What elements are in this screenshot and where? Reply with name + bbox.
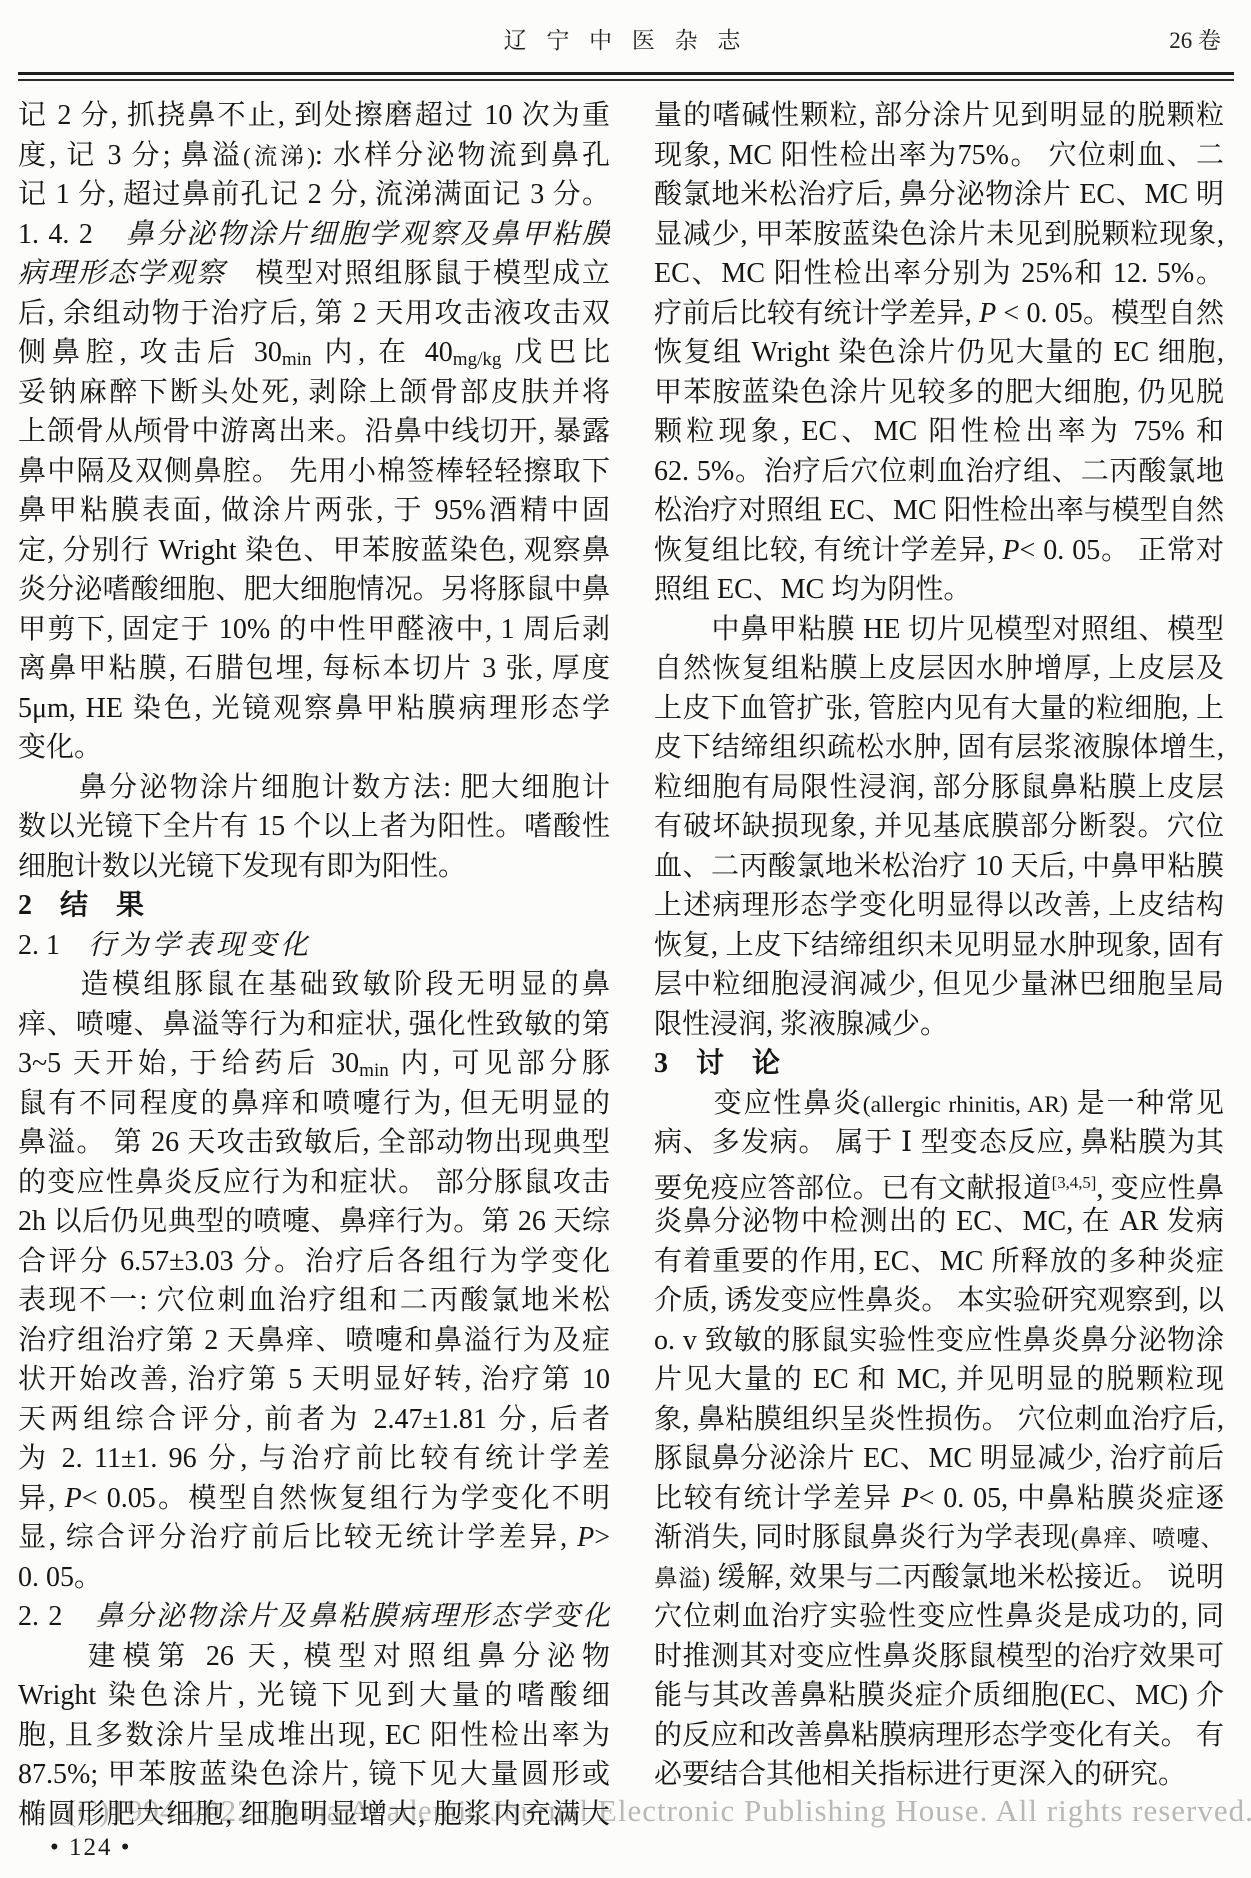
text-segment: 离鼻甲粘膜, 石腊包埋, 每标本切片 3 张, 厚度 xyxy=(18,653,610,684)
text-line: 上皮下血管扩张, 管腔内见有大量的粒细胞, 上 xyxy=(654,689,1224,729)
text-line: 颗粒现象, EC、MC 阳性检出率为 75% 和 xyxy=(654,412,1224,452)
text-segment: 甲苯胺蓝染色涂片见较多的肥大细胞, 仍见脱 xyxy=(654,377,1224,408)
text-line: 鼻分泌物涂片细胞计数方法: 肥大细胞计 xyxy=(18,768,610,808)
column-right: 量的嗜碱性颗粒, 部分涂片见到明显的脱颗粒现象, MC 阳性检出率为75%。 穴… xyxy=(654,96,1224,1795)
text-line: 变应性鼻炎(allergic rhinitis, AR) 是一种常见 xyxy=(654,1084,1224,1124)
text-segment: 恢复, 上皮下结缔组织未见明显水肿现象, 固有 xyxy=(654,930,1224,961)
text-line: 介质, 诱发变应性鼻炎。 本实验研究观察到, 以 xyxy=(654,1281,1224,1321)
text-segment: 疗前后比较有统计学差异, xyxy=(654,298,979,329)
text-line: 限性浸润, 浆液腺减少。 xyxy=(654,1005,1224,1045)
text-line: 酸氯地米松治疗后, 鼻分泌物涂片 EC、MC 明 xyxy=(654,175,1224,215)
text-line: 粒细胞有局限性浸润, 部分豚鼠鼻粘膜上皮层 xyxy=(654,768,1224,808)
text-line: 恢复组比较, 有统计学差异, P< 0. 05。 正常对 xyxy=(654,531,1224,571)
text-segment: 限性浸润, 浆液腺减少。 xyxy=(654,1009,948,1040)
text-segment: 甲剪下, 固定于 10% 的中性甲醛液中, 1 周后剥 xyxy=(18,614,610,645)
text-line: 甲苯胺蓝染色涂片见较多的肥大细胞, 仍见脱 xyxy=(654,373,1224,413)
text-segment: 异, xyxy=(18,1483,65,1514)
text-line: 要免疫应答部位。已有文献报道[3,4,5], 变应性鼻 xyxy=(654,1163,1224,1203)
text-segment: P xyxy=(902,1483,919,1514)
text-line: 1. 4. 2 鼻分泌物涂片细胞学观察及鼻甲粘膜 xyxy=(18,215,610,255)
text-segment: 胞, 且多数涂片呈成堆出现, EC 阳性检出率为 xyxy=(18,1720,610,1751)
text-segment: 松治疗对照组 EC、MC 阳性检出率与模型自然 xyxy=(654,495,1224,526)
text-line: 血、二丙酸氯地米松治疗 10 天后, 中鼻甲粘膜 xyxy=(654,847,1224,887)
text-segment: 缓解, 效果与二丙酸氯地米松接近。 说明 xyxy=(710,1562,1224,1593)
text-segment: 要免疫应答部位。已有文献报道 xyxy=(654,1173,1052,1202)
text-segment: 照组 EC、MC 均为阴性。 xyxy=(654,574,971,605)
text-line: 合评分 6.57±3.03 分。治疗后各组行为学变化 xyxy=(18,1242,610,1282)
text-segment: < 0. 05, 中鼻粘膜炎症逐 xyxy=(919,1483,1224,1514)
text-segment: 记 2 分, 抓挠鼻不止, 到处擦磨超过 10 次为重 xyxy=(18,100,610,131)
text-segment: 鼻甲粘膜表面, 做涂片两张, 于 95%酒精中固 xyxy=(18,495,610,526)
text-segment: 后, 余组动物于治疗后, 第 2 天用攻击液攻击双 xyxy=(18,298,610,329)
text-line: 中鼻甲粘膜 HE 切片见模型对照组、模型 xyxy=(654,610,1224,650)
text-line: 记 2 分, 抓挠鼻不止, 到处擦磨超过 10 次为重 xyxy=(18,96,610,136)
text-segment: 状开始改善, 治疗第 5 天明显好转, 治疗第 10 xyxy=(18,1364,610,1395)
text-segment: [3,4,5] xyxy=(1052,1173,1097,1192)
text-line: 有破坏缺损现象, 并见基底膜部分断裂。穴位刺 xyxy=(654,807,1224,847)
text-line: 异, P< 0.05。模型自然恢复组行为学变化不明 xyxy=(18,1479,610,1519)
text-segment: , 变应性鼻 xyxy=(1096,1173,1224,1202)
text-segment: 上颌骨从颅骨中游离出来。沿鼻中线切开, 暴露 xyxy=(18,416,610,447)
text-line: 松治疗对照组 EC、MC 阳性检出率与模型自然 xyxy=(654,491,1224,531)
text-segment: 粒细胞有局限性浸润, 部分豚鼠鼻粘膜上皮层 xyxy=(654,772,1224,803)
text-line: o. v 致敏的豚鼠实验性变应性鼻炎鼻分泌物涂 xyxy=(654,1321,1224,1361)
text-line: 显减少, 甲苯胺蓝染色涂片未见到脱颗粒现象, xyxy=(654,215,1224,255)
text-segment: 鼻分泌物涂片细胞计数方法: 肥大细胞计 xyxy=(18,772,610,803)
text-line: 片见大量的 EC 和 MC, 并见明显的脱颗粒现 xyxy=(654,1360,1224,1400)
text-segment: 是一种常见 xyxy=(1068,1088,1224,1119)
text-segment: 建模第 26 天, 模型对照组鼻分泌物 xyxy=(18,1641,610,1672)
text-line: 恢复组 Wright 染色涂片仍见大量的 EC 细胞, xyxy=(654,333,1224,373)
text-segment: : 水样分泌物流到鼻孔 xyxy=(315,140,610,171)
text-segment: 必要结合其他相关指标进行更深入的研究。 xyxy=(654,1759,1186,1790)
text-segment: 治疗组治疗第 2 天鼻痒、喷嚏和鼻溢行为及症 xyxy=(18,1325,610,1356)
text-segment: 1. 4. 2 xyxy=(18,219,126,250)
text-segment: 显, 综合评分治疗前后比较无统计学差异, xyxy=(18,1522,577,1553)
text-segment: 自然恢复组粘膜上皮层因水肿增厚, 上皮层及 xyxy=(654,653,1224,684)
text-segment: 穴位刺血治疗实验性变应性鼻炎是成功的, 同 xyxy=(654,1601,1224,1632)
text-line: 治疗组治疗第 2 天鼻痒、喷嚏和鼻溢行为及症 xyxy=(18,1321,610,1361)
text-segment: (allergic rhinitis, AR) xyxy=(863,1092,1068,1118)
text-segment: 病理形态学观察 xyxy=(18,258,226,289)
text-segment: Wright 染色涂片, 光镜下见到大量的嗜酸细 xyxy=(18,1680,610,1711)
text-segment: 2. 2 xyxy=(18,1601,95,1632)
text-segment: 渐消失, 同时豚鼠鼻炎行为学表现 xyxy=(654,1522,1071,1553)
text-line: 胞, 且多数涂片呈成堆出现, EC 阳性检出率为 xyxy=(18,1716,610,1756)
text-segment: 0. 05。 xyxy=(18,1562,102,1593)
text-segment: (鼻痒、喷嚏、 xyxy=(1071,1526,1224,1552)
text-segment: 2 结 果 xyxy=(18,890,144,921)
text-segment: 模型对照组豚鼠于模型成立 xyxy=(226,258,610,289)
text-line: 的反应和改善鼻粘膜病理形态学变化有关。 有 xyxy=(654,1716,1224,1756)
text-segment: 侧鼻腔, 攻击后 30 xyxy=(18,337,282,368)
text-segment: P xyxy=(577,1522,594,1553)
text-segment: 合评分 6.57±3.03 分。治疗后各组行为学变化 xyxy=(18,1246,610,1277)
text-segment: 为 2. 11±1. 96 分, 与治疗前比较有统计学差 xyxy=(18,1443,610,1474)
text-line: 天两组综合评分, 前者为 2.47±1.81 分, 后者 xyxy=(18,1400,610,1440)
text-segment: 豚鼠鼻分泌涂片 EC、MC 明显减少, 治疗前后 xyxy=(654,1443,1224,1474)
text-line: 定, 分别行 Wright 染色、甲苯胺蓝染色, 观察鼻 xyxy=(18,531,610,571)
text-segment: 有着重要的作用, EC、MC 所释放的多种炎症 xyxy=(654,1246,1224,1277)
text-line: 鼻中隔及双侧鼻腔。 先用小棉签棒轻轻擦取下 xyxy=(18,452,610,492)
text-segment: min xyxy=(359,1060,389,1081)
text-segment: P xyxy=(65,1483,82,1514)
text-segment: 变应性鼻炎 xyxy=(654,1088,863,1119)
text-segment: 变化。 xyxy=(18,732,102,763)
text-line: 皮下结缔组织疏松水肿, 固有层浆液腺体增生, xyxy=(654,728,1224,768)
text-segment: 3~5 天开始, 于给药后 30 xyxy=(18,1048,359,1079)
text-line: 渐消失, 同时豚鼠鼻炎行为学表现(鼻痒、喷嚏、 xyxy=(654,1518,1224,1558)
text-line: 炎鼻分泌物中检测出的 EC、MC, 在 AR 发病中 xyxy=(654,1202,1224,1242)
text-line: 3~5 天开始, 于给药后 30min 内, 可见部分豚 xyxy=(18,1044,610,1084)
volume-label: 26 卷 xyxy=(1169,22,1221,55)
text-segment: EC、MC 阳性检出率分别为 25%和 12. 5%。 治 xyxy=(654,258,1224,294)
text-line: 时推测其对变应性鼻炎豚鼠模型的治疗效果可 xyxy=(654,1637,1224,1677)
text-line: 造模组豚鼠在基础致敏阶段无明显的鼻 xyxy=(18,965,610,1005)
text-line: 病、多发病。 属于 Ⅰ 型变态反应, 鼻粘膜为其主 xyxy=(654,1123,1224,1163)
text-line: 侧鼻腔, 攻击后 30min 内, 在 40mg/kg 戊巴比 xyxy=(18,333,610,373)
text-segment: 的变应性鼻炎反应行为和症状。 部分豚鼠攻击 xyxy=(18,1167,610,1198)
text-line: 层中粒细胞浸润减少, 但见少量淋巴细胞呈局 xyxy=(654,965,1224,1005)
text-segment: 显减少, 甲苯胺蓝染色涂片未见到脱颗粒现象, xyxy=(654,219,1224,250)
text-line: 87.5%; 甲苯胺蓝染色涂片, 镜下见大量圆形或 xyxy=(18,1755,610,1795)
text-segment: 2. 1 xyxy=(18,930,88,961)
text-line: 上述病理形态学变化明显得以改善, 上皮结构 xyxy=(654,886,1224,926)
text-line: 炎分泌嗜酸细胞、肥大细胞情况。另将豚鼠中鼻 xyxy=(18,570,610,610)
text-segment: 恢复组 Wright 染色涂片仍见大量的 EC 细胞, xyxy=(654,337,1224,368)
text-segment: 87.5%; 甲苯胺蓝染色涂片, 镜下见大量圆形或 xyxy=(18,1759,610,1790)
text-line: 椭圆形肥大细胞, 细胞明显增大, 胞浆内充满大 xyxy=(18,1795,610,1835)
text-line: 穴位刺血治疗实验性变应性鼻炎是成功的, 同 xyxy=(654,1597,1224,1637)
text-line: 豚鼠鼻分泌涂片 EC、MC 明显减少, 治疗前后 xyxy=(654,1439,1224,1479)
text-line: 后, 余组动物于治疗后, 第 2 天用攻击液攻击双 xyxy=(18,294,610,334)
text-segment: 椭圆形肥大细胞, 细胞明显增大, 胞浆内充满大 xyxy=(18,1799,610,1830)
text-segment: 层中粒细胞浸润减少, 但见少量淋巴细胞呈局 xyxy=(654,969,1224,1000)
text-segment: < 0.05。模型自然恢复组行为学变化不明 xyxy=(82,1483,610,1514)
text-line: 2. 2 鼻分泌物涂片及鼻粘膜病理形态学变化 xyxy=(18,1597,610,1637)
text-line: Wright 染色涂片, 光镜下见到大量的嗜酸细 xyxy=(18,1676,610,1716)
text-segment: 炎鼻分泌物中检测出的 EC、MC, 在 AR 发病中 xyxy=(654,1206,1224,1242)
text-segment: 时推测其对变应性鼻炎豚鼠模型的治疗效果可 xyxy=(654,1641,1224,1672)
text-line: 建模第 26 天, 模型对照组鼻分泌物 xyxy=(18,1637,610,1677)
text-line: 能与其改善鼻粘膜炎症介质细胞(EC、MC) 介导 xyxy=(654,1676,1224,1716)
text-segment: 2h 以后仍见典型的喷嚏、鼻痒行为。第 26 天综 xyxy=(18,1206,610,1237)
text-segment: 鼻分泌物涂片及鼻粘膜病理形态学变化 xyxy=(95,1601,610,1632)
text-line: 的变应性鼻炎反应行为和症状。 部分豚鼠攻击 xyxy=(18,1163,610,1203)
text-segment: P xyxy=(1002,535,1019,566)
text-line: 鼻溢) 缓解, 效果与二丙酸氯地米松接近。 说明 xyxy=(654,1558,1224,1598)
text-line: 5μm, HE 染色, 光镜观察鼻甲粘膜病理形态学 xyxy=(18,689,610,729)
header-rule-thin xyxy=(18,79,1234,81)
text-segment: 度, 记 3 分; 鼻溢 xyxy=(18,140,243,171)
text-segment: 上皮下血管扩张, 管腔内见有大量的粒细胞, 上 xyxy=(654,693,1224,724)
text-segment: 细胞计数以光镜下发现有即为阳性。 xyxy=(18,851,466,882)
text-segment: 5μm, HE 染色, 光镜观察鼻甲粘膜病理形态学 xyxy=(18,693,610,724)
text-line: 鼻溢。 第 26 天攻击致敏后, 全部动物出现典型 xyxy=(18,1123,610,1163)
text-segment: 62. 5%。治疗后穴位刺血治疗组、二丙酸氯地米 xyxy=(654,456,1224,492)
text-line: 3 讨 论 xyxy=(654,1044,1224,1084)
text-segment: 鼻溢) xyxy=(654,1566,710,1592)
text-line: EC、MC 阳性检出率分别为 25%和 12. 5%。 治 xyxy=(654,254,1224,294)
text-segment: 记 1 分, 超过鼻前孔记 2 分, 流涕满面记 3 分。 xyxy=(18,179,610,210)
text-line: 疗前后比较有统计学差异, P < 0. 05。模型自然 xyxy=(654,294,1224,334)
text-line: 显, 综合评分治疗前后比较无统计学差异, P> xyxy=(18,1518,610,1558)
text-segment: 量的嗜碱性颗粒, 部分涂片见到明显的脱颗粒 xyxy=(654,100,1224,131)
text-segment: 能与其改善鼻粘膜炎症介质细胞(EC、MC) 介导 xyxy=(654,1680,1224,1716)
text-line: 有着重要的作用, EC、MC 所释放的多种炎症 xyxy=(654,1242,1224,1282)
text-segment: < 0. 05。 正常对 xyxy=(1020,535,1224,566)
text-line: 状开始改善, 治疗第 5 天明显好转, 治疗第 10 xyxy=(18,1360,610,1400)
text-segment: 有破坏缺损现象, 并见基底膜部分断裂。穴位刺 xyxy=(654,811,1224,847)
text-segment: 表现不一: 穴位刺血治疗组和二丙酸氯地米松 xyxy=(18,1285,610,1316)
text-segment: 鼻中隔及双侧鼻腔。 先用小棉签棒轻轻擦取下 xyxy=(18,456,610,487)
text-line: 为 2. 11±1. 96 分, 与治疗前比较有统计学差 xyxy=(18,1439,610,1479)
text-segment: 行为学表现变化 xyxy=(88,930,312,961)
text-line: 2 结 果 xyxy=(18,886,610,926)
text-line: 记 1 分, 超过鼻前孔记 2 分, 流涕满面记 3 分。 xyxy=(18,175,610,215)
text-segment: mg/kg xyxy=(453,349,502,370)
text-segment: 天两组综合评分, 前者为 2.47±1.81 分, 后者 xyxy=(18,1404,610,1435)
text-segment: 定, 分别行 Wright 染色、甲苯胺蓝染色, 观察鼻 xyxy=(18,535,610,566)
text-segment: 妥钠麻醉下断头处死, 剥除上颌骨部皮肤并将 xyxy=(18,377,610,408)
text-line: 度, 记 3 分; 鼻溢(流涕): 水样分泌物流到鼻孔 xyxy=(18,136,610,176)
text-segment: 痒、喷嚏、鼻溢等行为和症状, 强化性致敏的第 xyxy=(18,1009,610,1040)
text-segment: 现象, MC 阳性检出率为75%。 穴位刺血、二丙 xyxy=(654,140,1224,176)
text-segment: 中鼻甲粘膜 HE 切片见模型对照组、模型 xyxy=(654,614,1224,645)
text-segment: o. v 致敏的豚鼠实验性变应性鼻炎鼻分泌物涂 xyxy=(654,1325,1224,1356)
header-rule-thick xyxy=(18,72,1234,75)
text-segment: P xyxy=(979,298,996,329)
text-segment: 颗粒现象, EC、MC 阳性检出率为 75% 和 xyxy=(654,416,1224,447)
text-line: 表现不一: 穴位刺血治疗组和二丙酸氯地米松 xyxy=(18,1281,610,1321)
text-segment: 戊巴比 xyxy=(501,337,610,368)
text-segment: 内, 可见部分豚 xyxy=(389,1048,610,1079)
text-line: 病理形态学观察 模型对照组豚鼠于模型成立 xyxy=(18,254,610,294)
text-segment: 鼻分泌物涂片细胞学观察及鼻甲粘膜 xyxy=(126,219,610,250)
text-segment: < 0. 05。模型自然 xyxy=(996,298,1224,329)
text-segment: 血、二丙酸氯地米松治疗 10 天后, 中鼻甲粘膜 xyxy=(654,851,1224,882)
page-number: • 124 • xyxy=(50,1834,132,1862)
text-segment: 上述病理形态学变化明显得以改善, 上皮结构 xyxy=(654,890,1224,921)
text-line: 量的嗜碱性颗粒, 部分涂片见到明显的脱颗粒 xyxy=(654,96,1224,136)
column-left: 记 2 分, 抓挠鼻不止, 到处擦磨超过 10 次为重度, 记 3 分; 鼻溢(… xyxy=(18,96,610,1834)
text-line: 恢复, 上皮下结缔组织未见明显水肿现象, 固有 xyxy=(654,926,1224,966)
text-line: 痒、喷嚏、鼻溢等行为和症状, 强化性致敏的第 xyxy=(18,1005,610,1045)
text-line: 必要结合其他相关指标进行更深入的研究。 xyxy=(654,1755,1224,1795)
text-segment: 皮下结缔组织疏松水肿, 固有层浆液腺体增生, xyxy=(654,732,1224,763)
text-segment: > xyxy=(594,1522,610,1553)
text-line: 甲剪下, 固定于 10% 的中性甲醛液中, 1 周后剥 xyxy=(18,610,610,650)
text-segment: 恢复组比较, 有统计学差异, xyxy=(654,535,1002,566)
text-segment: 片见大量的 EC 和 MC, 并见明显的脱颗粒现 xyxy=(654,1364,1224,1395)
text-line: 现象, MC 阳性检出率为75%。 穴位刺血、二丙 xyxy=(654,136,1224,176)
text-line: 变化。 xyxy=(18,728,610,768)
text-segment: 的反应和改善鼻粘膜病理形态学变化有关。 有 xyxy=(654,1720,1224,1751)
text-segment: 鼻溢。 第 26 天攻击致敏后, 全部动物出现典型 xyxy=(18,1127,610,1158)
text-segment: 比较有统计学差异 xyxy=(654,1483,902,1514)
text-segment: 内, 在 40 xyxy=(311,337,452,368)
text-segment: 介质, 诱发变应性鼻炎。 本实验研究观察到, 以 xyxy=(654,1285,1224,1316)
text-line: 象, 鼻粘膜组织呈炎性损伤。 穴位刺血治疗后, xyxy=(654,1400,1224,1440)
journal-title: 辽 宁 中 医 杂 志 xyxy=(0,22,1251,55)
text-line: 2h 以后仍见典型的喷嚏、鼻痒行为。第 26 天综 xyxy=(18,1202,610,1242)
text-line: 照组 EC、MC 均为阴性。 xyxy=(654,570,1224,610)
text-line: 比较有统计学差异 P< 0. 05, 中鼻粘膜炎症逐 xyxy=(654,1479,1224,1519)
text-segment: min xyxy=(282,349,312,370)
text-line: 0. 05。 xyxy=(18,1558,610,1598)
text-line: 自然恢复组粘膜上皮层因水肿增厚, 上皮层及 xyxy=(654,649,1224,689)
text-line: 2. 1 行为学表现变化 xyxy=(18,926,610,966)
text-line: 鼠有不同程度的鼻痒和喷嚏行为, 但无明显的 xyxy=(18,1084,610,1124)
text-segment: 造模组豚鼠在基础致敏阶段无明显的鼻 xyxy=(18,969,610,1000)
text-segment: 鼠有不同程度的鼻痒和喷嚏行为, 但无明显的 xyxy=(18,1088,610,1119)
text-line: 鼻甲粘膜表面, 做涂片两张, 于 95%酒精中固 xyxy=(18,491,610,531)
text-segment: 炎分泌嗜酸细胞、肥大细胞情况。另将豚鼠中鼻 xyxy=(18,574,610,605)
text-line: 妥钠麻醉下断头处死, 剥除上颌骨部皮肤并将 xyxy=(18,373,610,413)
text-segment: 象, 鼻粘膜组织呈炎性损伤。 穴位刺血治疗后, xyxy=(654,1404,1224,1435)
text-line: 数以光镜下全片有 15 个以上者为阳性。嗜酸性 xyxy=(18,807,610,847)
text-line: 62. 5%。治疗后穴位刺血治疗组、二丙酸氯地米 xyxy=(654,452,1224,492)
text-segment: (流涕) xyxy=(243,144,315,170)
text-segment: 病、多发病。 属于 Ⅰ 型变态反应, 鼻粘膜为其主 xyxy=(654,1127,1224,1163)
journal-page: 辽 宁 中 医 杂 志 26 卷 (C)1994-2022 China Acad… xyxy=(0,0,1251,1878)
text-segment: 酸氯地米松治疗后, 鼻分泌物涂片 EC、MC 明 xyxy=(654,179,1224,210)
text-segment: 数以光镜下全片有 15 个以上者为阳性。嗜酸性 xyxy=(18,811,610,842)
text-line: 离鼻甲粘膜, 石腊包埋, 每标本切片 3 张, 厚度 xyxy=(18,649,610,689)
text-line: 上颌骨从颅骨中游离出来。沿鼻中线切开, 暴露 xyxy=(18,412,610,452)
text-line: 细胞计数以光镜下发现有即为阳性。 xyxy=(18,847,610,887)
text-segment: 3 讨 论 xyxy=(654,1048,780,1079)
